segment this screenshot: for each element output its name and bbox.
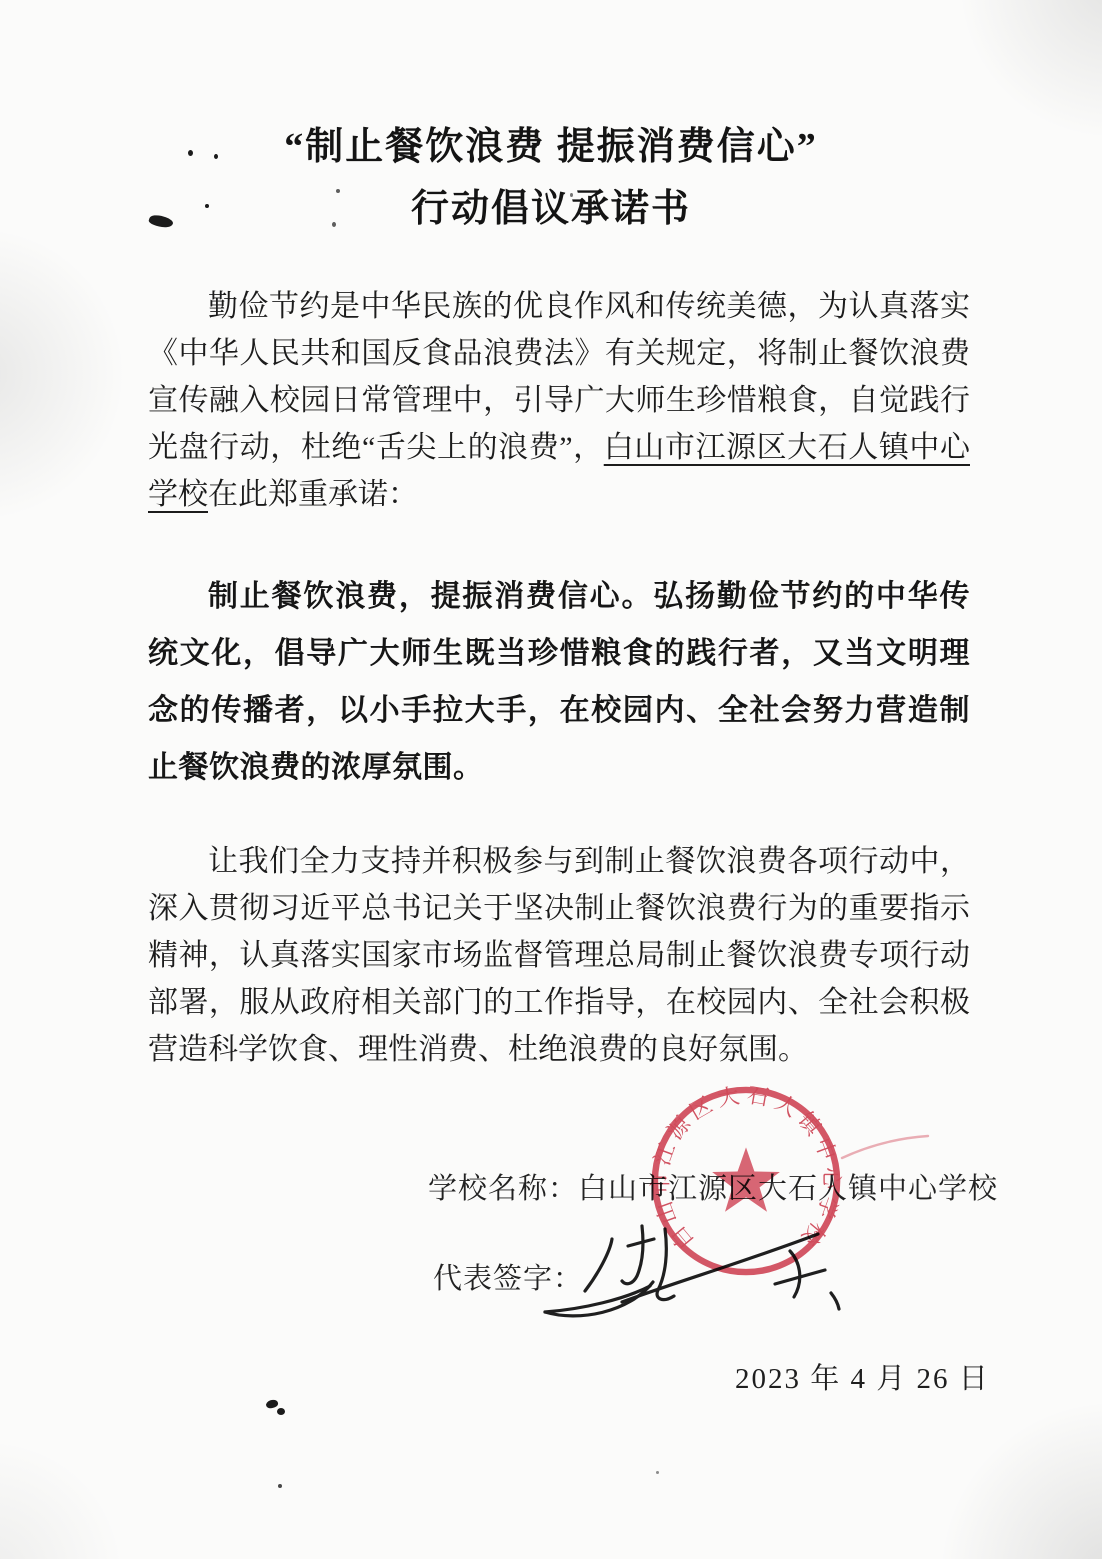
- paragraph-commitment: 制止餐饮浪费，提振消费信心。弘扬勤俭节约的中华传统文化，倡导广大师生既当珍惜粮食…: [148, 568, 970, 796]
- opening-text-after: 在此郑重承诺：: [208, 478, 418, 511]
- document-page: { "document": { "title_line1": "“制止餐饮浪费 …: [0, 0, 1102, 1559]
- scan-artifact: [278, 1484, 282, 1488]
- doc-title-line2: 行动倡议承诺书: [0, 178, 1102, 240]
- seal-star-icon: [712, 1147, 780, 1211]
- scan-artifact: [332, 222, 336, 227]
- doc-title-line1: “制止餐饮浪费 提振消费信心”: [0, 116, 1102, 178]
- school-name-label: 学校名称：: [428, 1173, 578, 1205]
- paragraph-action: 让我们全力支持并积极参与到制止餐饮浪费各项行动中，深入贯彻习近平总书记关于坚决制…: [148, 838, 970, 1073]
- stray-red-mark: [840, 1128, 930, 1164]
- scan-artifact: [205, 204, 209, 208]
- scan-artifact: [570, 193, 573, 197]
- scan-artifact: [214, 154, 218, 159]
- scan-artifact: [336, 189, 340, 193]
- official-seal: 白山市江源区大石人镇中心学校: [647, 1082, 845, 1280]
- paragraph-opening: 勤俭节约是中华民族的优良作风和传统美德，为认真落实《中华人民共和国反食品浪费法》…: [148, 283, 970, 518]
- scan-artifact: [656, 1471, 659, 1474]
- scan-artifact: [188, 150, 193, 156]
- scan-artifact: [265, 1398, 279, 1410]
- scan-artifact: [277, 1408, 285, 1415]
- date-line: 2023 年 4 月 26 日: [735, 1356, 990, 1397]
